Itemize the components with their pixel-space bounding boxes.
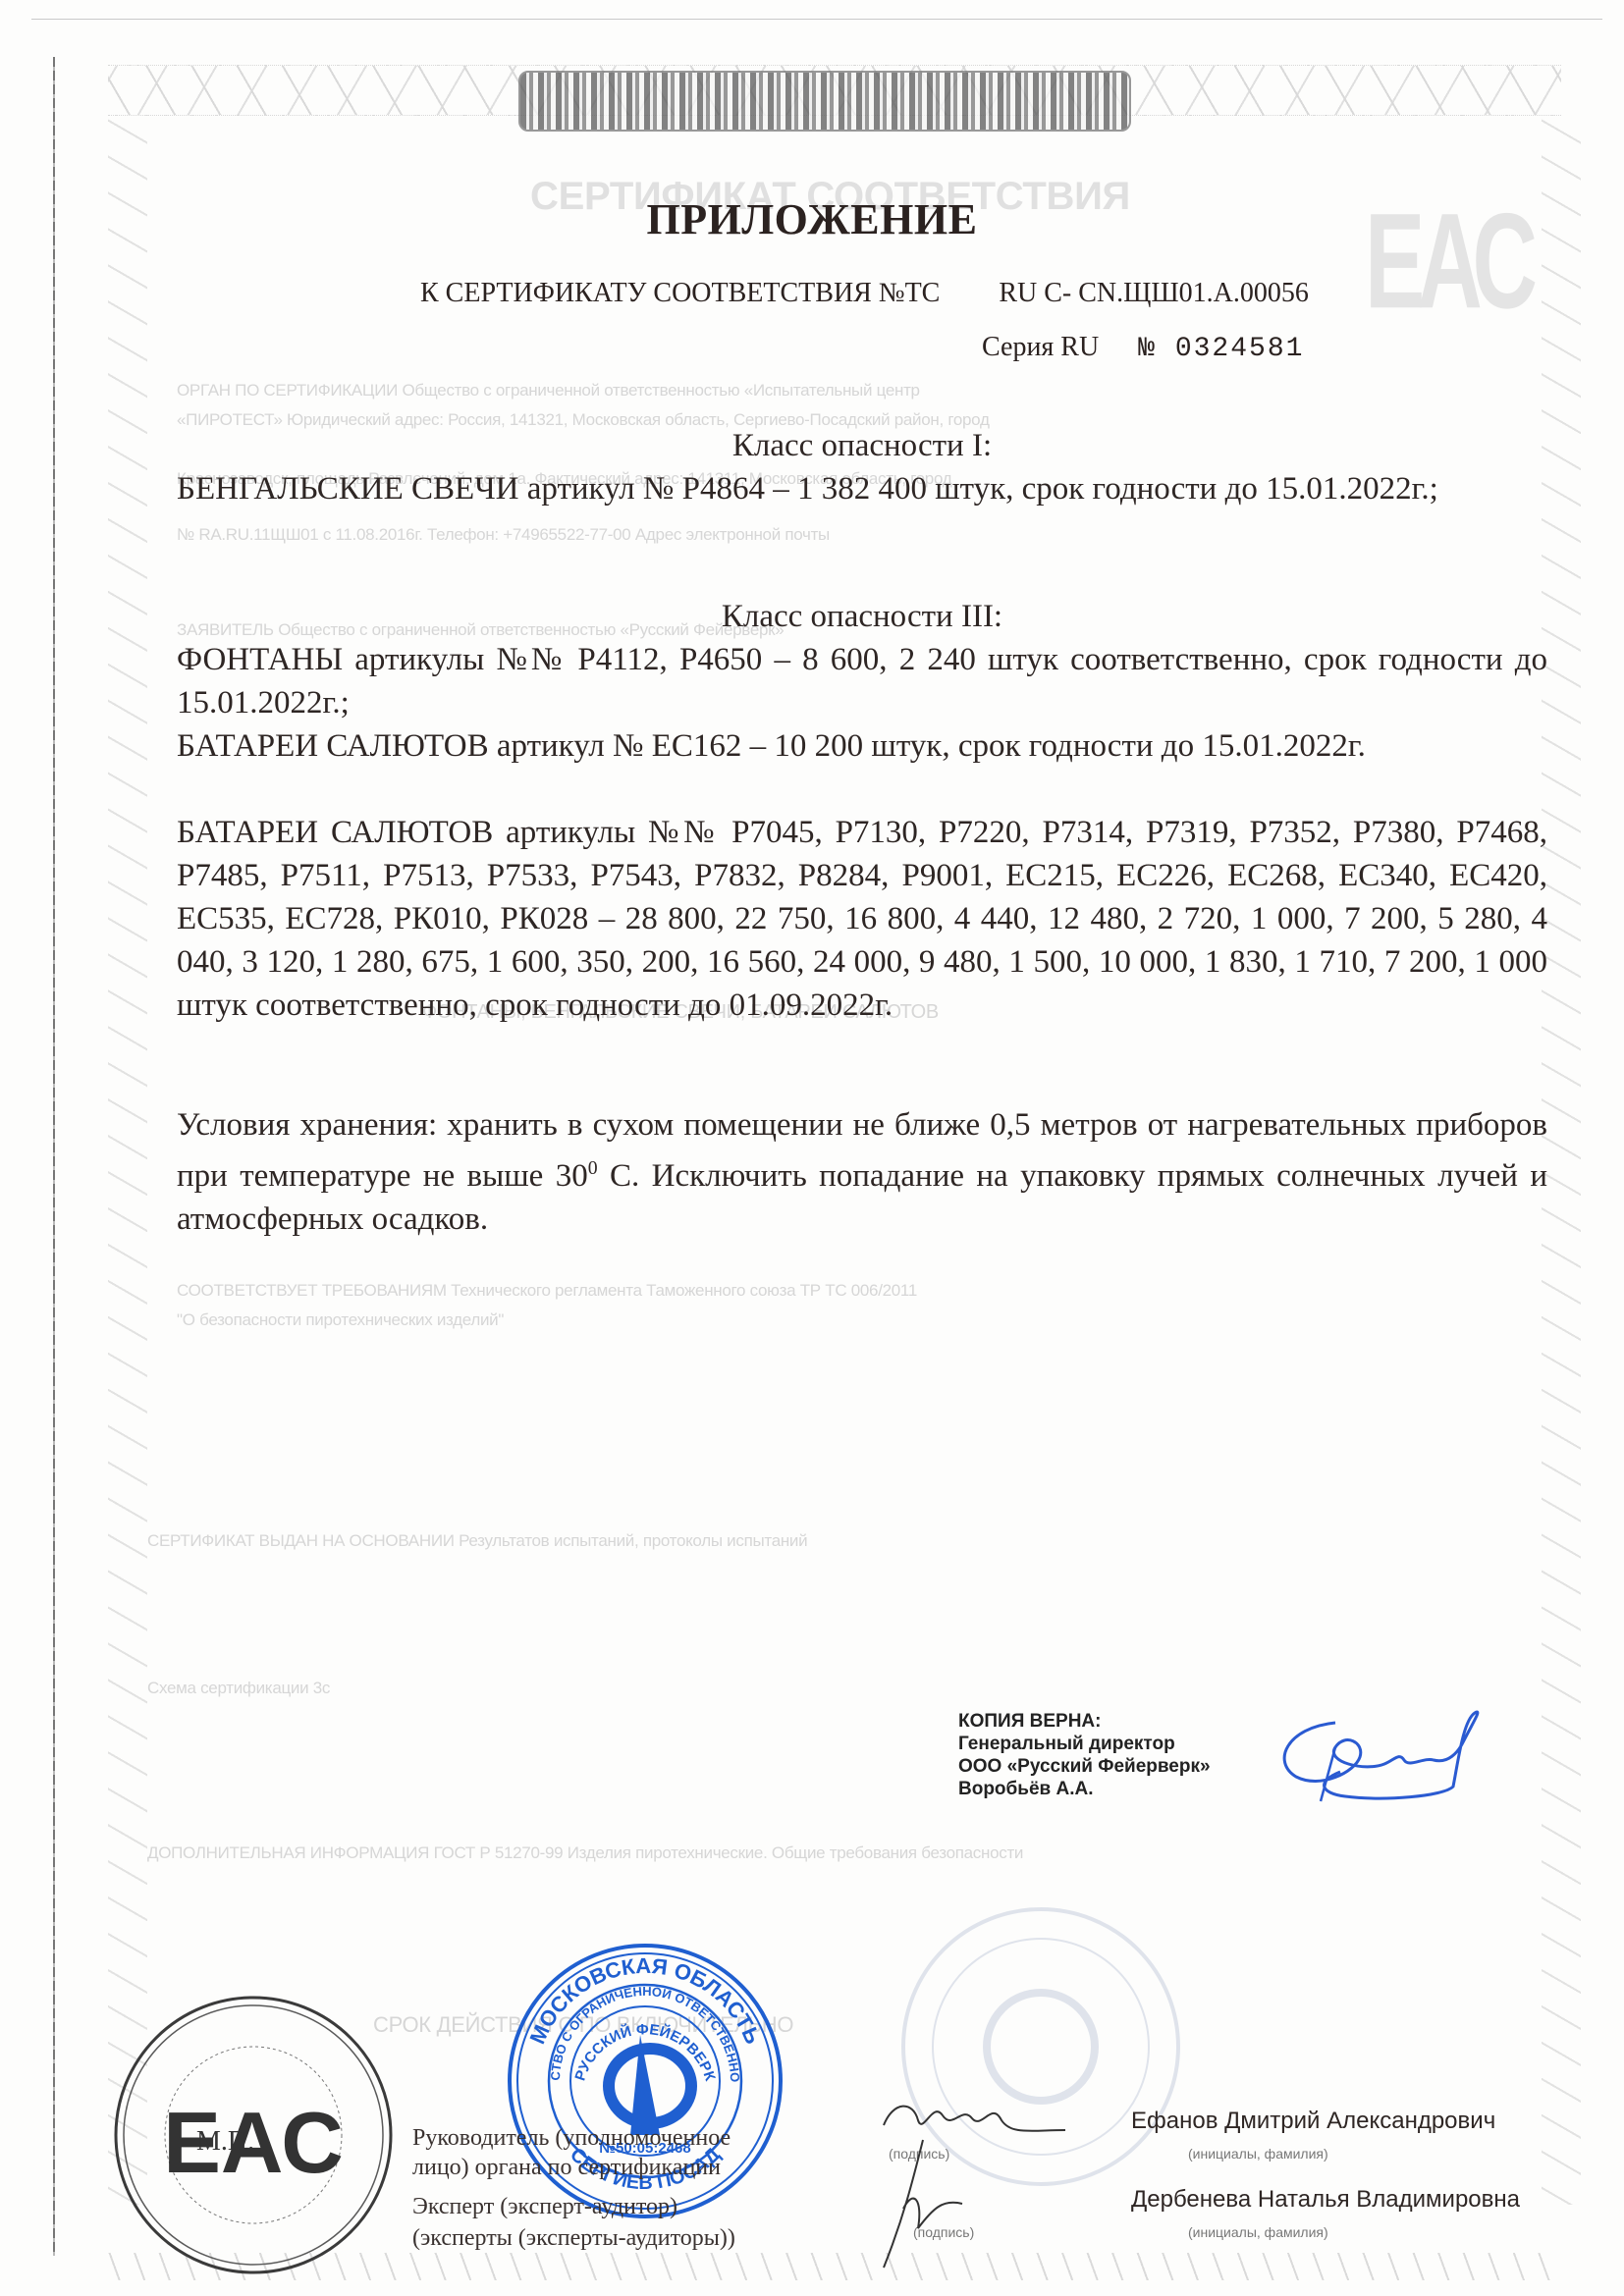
director-signature-icon <box>1267 1703 1492 1811</box>
section-heading-class-1: Класс опасности I: <box>177 424 1547 467</box>
decorative-border-left <box>108 114 147 2205</box>
ghost-line: Схема сертификации 3с <box>147 1679 330 1698</box>
certified-copy-position: Генеральный директор <box>958 1733 1211 1755</box>
ghost-line: ОРГАН ПО СЕРТИФИКАЦИИ Общество с огранич… <box>177 381 920 400</box>
mp-mark: М.П. <box>196 2126 254 2157</box>
certified-copy-heading: КОПИЯ ВЕРНА: <box>958 1710 1211 1733</box>
series-line: Серия RU№ 0324581 <box>982 332 1304 364</box>
head-label-line2: лицо) органа по сертификации <box>412 2155 721 2181</box>
section-heading-class-3: Класс опасности III: <box>177 595 1547 638</box>
scan-left-edge <box>53 57 55 2256</box>
ghost-line: "О безопасности пиротехнических изделий" <box>177 1310 504 1330</box>
head-name-hint: (инициалы, фамилия) <box>1188 2146 1328 2162</box>
ghost-line: СООТВЕТСТВУЕТ ТРЕБОВАНИЯМ Технического р… <box>177 1281 917 1301</box>
certificate-appendix-page: СЕРТИФИКАТ СООТВЕТСТВИЯ ЕАС ОРГАН ПО СЕР… <box>0 0 1624 2296</box>
certified-copy-block: КОПИЯ ВЕРНА: Генеральный директор ООО «Р… <box>958 1710 1211 1800</box>
ghost-line: № RA.RU.11ЩШ01 с 11.08.2016г. Телефон: +… <box>177 525 830 545</box>
scan-top-edge <box>31 19 1602 20</box>
certificate-number: RU C- CN.ЩШ01.A.00056 <box>999 278 1309 308</box>
expert-label-line1: Эксперт (эксперт-аудитор) <box>412 2194 677 2220</box>
head-name: Ефанов Дмитрий Александрович <box>1131 2108 1495 2135</box>
ghost-line: ДОПОЛНИТЕЛЬНАЯ ИНФОРМАЦИЯ ГОСТ Р 51270-9… <box>147 1843 1023 1863</box>
series-number: № 0324581 <box>1138 334 1304 364</box>
storage-degree: 0 <box>588 1157 598 1179</box>
expert-label-line2: (эксперты (эксперты-аудиторы)) <box>412 2225 735 2252</box>
sparklers-item: БЕНГАЛЬСКИЕ СВЕЧИ артикул № Р4864 – 1 38… <box>177 467 1547 510</box>
ghost-line: СЕРТИФИКАТ ВЫДАН НА ОСНОВАНИИ Результато… <box>147 1531 807 1551</box>
certified-copy-company: ООО «Русский Фейерверк» <box>958 1755 1211 1778</box>
subtitle-label: К СЕРТИФИКАТУ СООТВЕТСТВИЯ №ТС <box>420 278 940 308</box>
certificate-subtitle: К СЕРТИФИКАТУ СООТВЕТСТВИЯ №ТСRU C- CN.Щ… <box>420 278 1309 309</box>
customs-union-banner <box>518 71 1131 132</box>
batteries-item-ec162: БАТАРЕИ САЛЮТОВ артикул № ЕС162 – 10 200… <box>177 724 1547 768</box>
page-title: ПРИЛОЖЕНИЕ <box>0 194 1624 244</box>
fountains-item: ФОНТАНЫ артикулы №№ Р4112, Р4650 – 8 600… <box>177 638 1547 724</box>
head-label-line1: Руководитель (уполномоченное <box>412 2125 731 2152</box>
storage-conditions: Условия хранения: хранить в сухом помеще… <box>177 1103 1547 1241</box>
expert-name-hint: (инициалы, фамилия) <box>1188 2224 1328 2240</box>
certified-copy-name: Воробьёв А.А. <box>958 1778 1211 1800</box>
series-label: Серия RU <box>982 332 1099 362</box>
expert-signature-icon <box>864 2130 982 2277</box>
expert-name: Дербенева Наталья Владимировна <box>1131 2186 1520 2214</box>
batteries-item-list: БАТАРЕИ САЛЮТОВ артикулы №№ Р7045, Р7130… <box>177 811 1547 1027</box>
certification-body-stamp-icon: ЕАС М.П. <box>106 1988 401 2282</box>
